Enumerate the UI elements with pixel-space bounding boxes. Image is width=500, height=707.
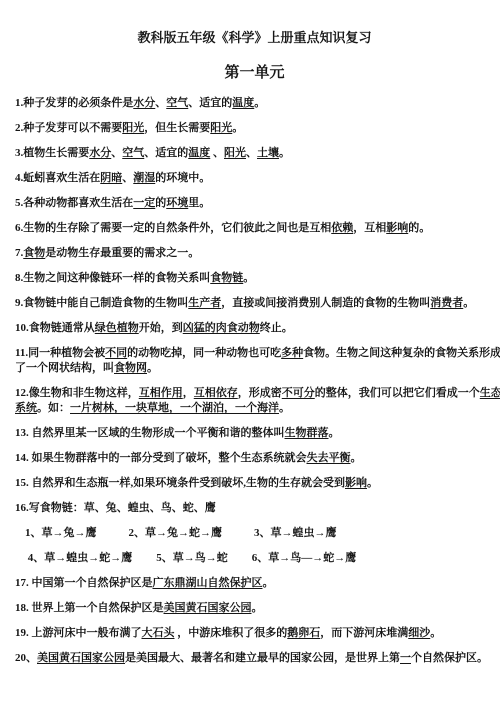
list-item: 19. 上游河床中一般布满了大石头 ，中游床堆积了很多的鹅卵石，而下游河床堆满细… xyxy=(15,626,494,641)
food-chain-row: 4、草→蝗虫→蛇→鹰5、草→鸟→蛇6、草→鸟—→蛇→鹰 xyxy=(15,551,494,566)
food-chain: 1、草→兔→鹰 xyxy=(25,526,97,541)
list-item: 6.生物的生存除了需要一定的自然条件外，它们彼此之间也是互相依赖，互相影响的。 xyxy=(15,221,494,236)
list-item: 5.各种动物都喜欢生活在一定的环境里。 xyxy=(15,196,494,211)
section-heading: 第一单元 xyxy=(15,65,494,81)
list-item: 7.食物是动物生存最重要的需求之一。 xyxy=(15,246,494,261)
food-chain-row: 1、草→兔→鹰2、草→兔→蛇→鹰3、草→蝗虫→鹰 xyxy=(15,526,494,541)
food-chain: 4、草→蝗虫→蛇→鹰 xyxy=(25,551,132,566)
list-item: 9.食物链中能自己制造食物的生物叫生产者，直接或间接消费别人制造的食物的生物叫消… xyxy=(15,296,494,311)
list-item: 20、美国黄石国家公园是美国最大、最著名和建立最早的国家公园，是世界上第一个自然… xyxy=(15,651,494,666)
list-item: 2.种子发芽可以不需要阳光，但生长需要阳光。 xyxy=(15,121,494,136)
list-item: 10.食物链通常从绿色植物开始，到凶猛的肉食动物终止。 xyxy=(15,321,494,336)
list-item: 4.蚯蚓喜欢生活在阴暗、潮湿的环境中。 xyxy=(15,171,494,186)
list-item: 8.生物之间这种像链环一样的食物关系叫食物链。 xyxy=(15,271,494,286)
list-item: 14. 如果生物群落中的一部分受到了破坏，整个生态系统就会失去平衡。 xyxy=(15,451,494,466)
list-item: 15. 自然界和生态瓶一样,如果环境条件受到破坏,生物的生存就会受到影响。 xyxy=(15,476,494,491)
list-item: 12.像生物和非生物这样，互相作用，互相依存，形成密不可分的整体，我们可以把它们… xyxy=(15,386,494,416)
page-title: 教科版五年级《科学》上册重点知识复习 xyxy=(15,30,494,46)
list-item: 3.植物生长需要水分、空气、适宜的温度 、阳光、土壤。 xyxy=(15,146,494,161)
list-item: 13. 自然界里某一区域的生物形成一个平衡和谐的整体叫生物群落。 xyxy=(15,426,494,441)
list-item: 18. 世界上第一个自然保护区是美国黄石国家公园。 xyxy=(15,601,494,616)
list-item: 1.种子发芽的必须条件是水分、空气、适宜的温度。 xyxy=(15,96,494,111)
list-item: 16.写食物链：草、兔、蝗虫、鸟、蛇、鹰 xyxy=(15,501,494,516)
food-chain: 2、草→兔→蛇→鹰 xyxy=(129,526,223,541)
food-chain: 5、草→鸟→蛇 xyxy=(156,551,228,566)
item-list: 1.种子发芽的必须条件是水分、空气、适宜的温度。2.种子发芽可以不需要阳光，但生… xyxy=(15,96,494,666)
list-item: 11.同一种植物会被不同的动物吃掉，同一种动物也可吃多种食物。生物之间这种复杂的… xyxy=(15,346,494,376)
document-page: 教科版五年级《科学》上册重点知识复习 第一单元 1.种子发芽的必须条件是水分、空… xyxy=(0,0,500,666)
list-item: 17. 中国第一个自然保护区是广东鼎湖山自然保护区。 xyxy=(15,576,494,591)
food-chain: 6、草→鸟—→蛇→鹰 xyxy=(252,551,357,566)
food-chain: 3、草→蝗虫→鹰 xyxy=(254,526,337,541)
